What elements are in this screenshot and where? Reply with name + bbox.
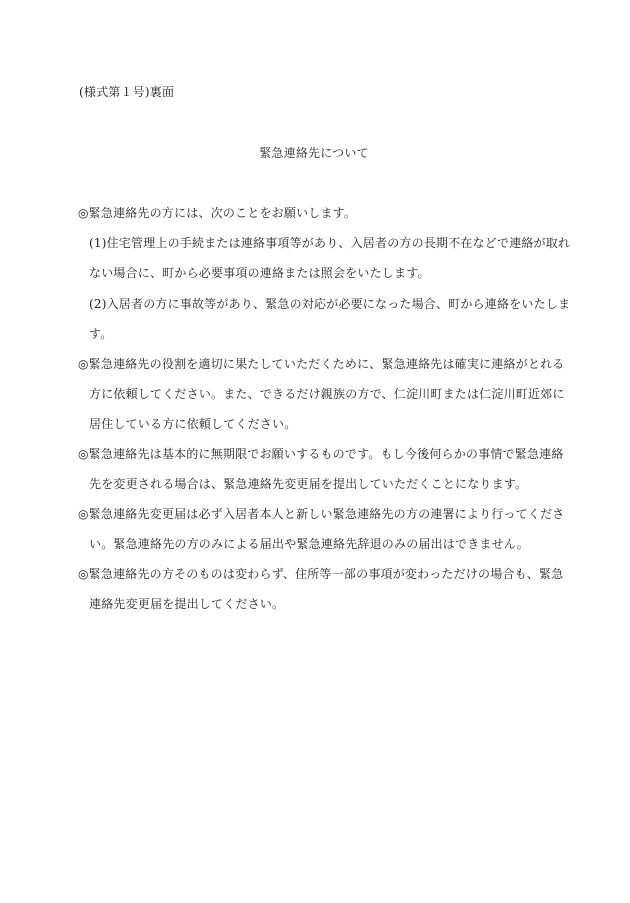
notice-line: ◎緊急連絡先の方には、次のことをお願いします。 xyxy=(78,205,356,221)
notice-line: 先を変更される場合は、緊急連絡先変更届を提出していただくことになります。 xyxy=(89,476,527,492)
notice-line: 居住している方に依頼してください。 xyxy=(89,416,296,432)
notice-line: い。緊急連絡先の方のみによる届出や緊急連絡先辞退のみの届出はできません。 xyxy=(89,536,529,552)
notice-line: ない場合に、町から必要事項の連絡または照会をいたします。 xyxy=(89,265,430,281)
notice-line: ◎緊急連絡先は基本的に無期限でお願いするものです。もし今後何らかの事情で緊急連絡 xyxy=(78,446,564,462)
notice-line: (2)入居者の方に事故等があり、緊急の対応が必要になった場合、町から連絡をいたし… xyxy=(89,296,570,312)
notice-line: ◎緊急連絡先の役割を適切に果たしていただくために、緊急連絡先は確実に連絡がとれる xyxy=(78,356,564,372)
notice-line: (1)住宅管理上の手続または連絡事項等があり、入居者の方の長期不在などで連絡が取… xyxy=(89,235,570,251)
notice-line: す。 xyxy=(89,326,112,342)
document-title: 緊急連絡先について xyxy=(0,145,630,161)
notice-line: 方に依頼してください。また、できるだけ親族の方で、仁淀川町または仁淀川町近郊に xyxy=(89,386,565,402)
form-label: (様式第１号)裏面 xyxy=(79,84,174,100)
notice-line: 連絡先変更届を提出してください。 xyxy=(89,596,284,612)
document-title-text: 緊急連絡先について xyxy=(259,146,369,160)
notice-line: ◎緊急連絡先変更届は必ず入居者本人と新しい緊急連絡先の方の連署により行ってくださ xyxy=(78,506,564,522)
notice-line: ◎緊急連絡先の方そのものは変わらず、住所等一部の事項が変わっただけの場合も、緊急 xyxy=(78,566,563,582)
